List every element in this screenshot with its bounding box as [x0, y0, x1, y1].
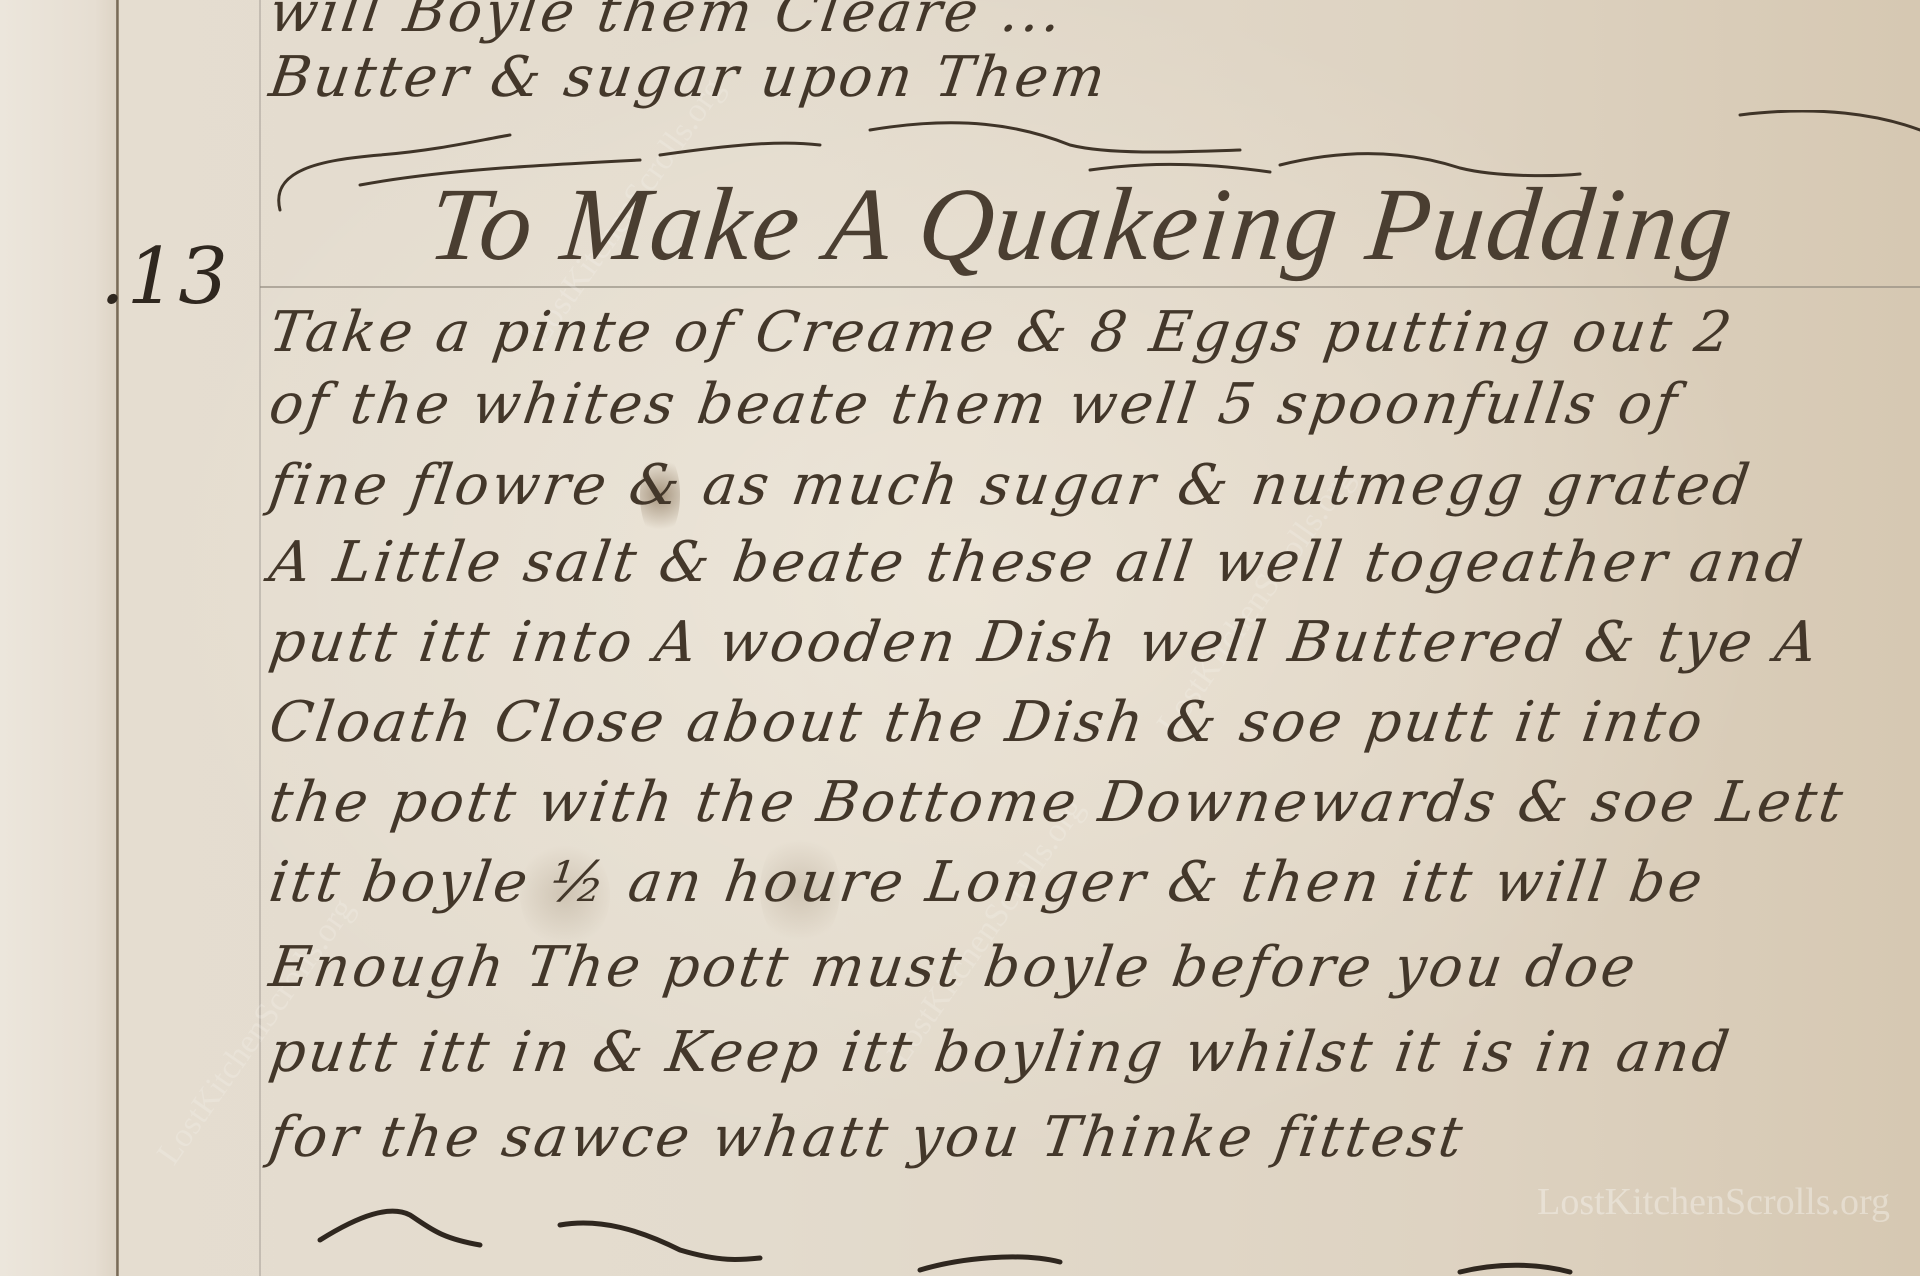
previous-recipe-line-1: will Boyle them Cleare ... [265, 0, 1068, 45]
recipe-line: Cloath Close about the Dish & soe putt i… [265, 690, 1709, 755]
folio-number: .13 [100, 232, 230, 322]
recipe-line: of the whites beate them well 5 spoonful… [265, 372, 1683, 437]
recipe-line: A Little salt & beate these all well tog… [265, 530, 1808, 595]
recipe-line: putt itt in & Keep itt boyling whilst it… [265, 1020, 1735, 1085]
recipe-title: To Make A Quakeing Pudding [424, 165, 1740, 284]
site-watermark: LostKitchenScrolls.org [1537, 1180, 1890, 1224]
book-gutter [116, 0, 119, 1276]
recipe-line: fine flowre & as much sugar & nutmegg gr… [265, 453, 1756, 518]
recipe-line: Enough The pott must boyle before you do… [265, 935, 1642, 1000]
recipe-line: Take a pinte of Creame & 8 Eggs putting … [265, 300, 1738, 365]
recipe-line: for the sawce whatt you Thinke fittest [265, 1105, 1469, 1170]
manuscript-page: LostKitchenScrolls.org LostKitchenScroll… [0, 0, 1920, 1276]
previous-recipe-line-2: Butter & sugar upon Them [265, 45, 1111, 110]
recipe-line: putt itt into A wooden Dish well Buttere… [265, 610, 1823, 675]
facing-page-edge [0, 0, 118, 1276]
title-underline-rule [260, 286, 1920, 288]
recipe-line: itt boyle ½ an houre Longer & then itt w… [265, 850, 1709, 915]
recipe-line: the pott with the Bottome Downewards & s… [265, 770, 1849, 835]
